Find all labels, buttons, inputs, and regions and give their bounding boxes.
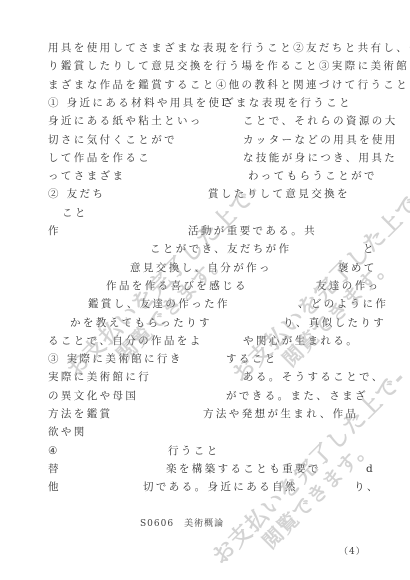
text-line: ってさまざまわってもらうことがで	[48, 169, 368, 183]
course-code-title: S0606 美術概論	[140, 516, 224, 529]
text-line: ① 身近にある材料や用具を使Гざまな表現を行うこと	[48, 96, 368, 110]
text-line: 替楽を構築することも重要でd	[48, 462, 368, 476]
text-fragment: 実際に美術館に行	[48, 370, 151, 384]
text-fragment: こと	[62, 206, 88, 220]
text-fragment: 用具を使用してさまざまな表現を行うこと②友だちと共有し、発表した	[48, 41, 410, 55]
text-fragment: 作	[48, 224, 61, 238]
text-line: ことができ、友だちが作と	[48, 242, 368, 256]
text-line: して作品を作るこな技能が身につき、用具た	[48, 151, 368, 165]
text-line: り鑑賞したりして意見交換を行う場を作ること③実際に美術館に行きさ	[48, 59, 368, 73]
text-fragment: ができる。また、さまざ	[226, 389, 368, 403]
text-line: 方法を鑑賞方法や発想が生まれ、作品	[48, 407, 368, 421]
text-line: 他切である。身近にある自然り、	[48, 480, 368, 494]
text-fragment: 褒めて	[338, 261, 377, 275]
text-line: ③ 実際に美術館に行きすること	[48, 352, 368, 366]
text-fragment: 切である。身近にある自然	[143, 480, 298, 494]
text-fragment: 身近にある紙や粘土といっ	[48, 114, 203, 128]
page-number: （4）	[339, 544, 366, 557]
text-fragment: 作品を作る喜びを感じる	[106, 279, 248, 293]
text-line: 作品を作る喜びを感じる友達の作っ	[48, 279, 368, 293]
text-fragment: り鑑賞したりして意見交換を行う場を作ること③実際に美術館に行きさ	[48, 59, 410, 73]
text-fragment: ことができ、友だちが作	[150, 242, 291, 256]
text-line: 用具を使用してさまざまな表現を行うこと②友だちと共有し、発表した	[48, 41, 368, 55]
text-line: 実際に美術館に行ある。そうすることで、	[48, 370, 368, 384]
document-page: 用具を使用してさまざまな表現を行うこと②友だちと共有し、発表したり鑑賞したりして…	[0, 0, 410, 580]
text-fragment: ③ 実際に美術館に行き	[48, 352, 183, 366]
text-line: 意見交換し、自分が作っ褒めて	[48, 261, 368, 275]
text-line: ④行うこと	[48, 444, 368, 458]
text-line: ② 友だち賞したりして意見交換を	[48, 187, 368, 201]
text-fragment: ある。そうすることで、	[243, 370, 385, 384]
text-line: 鑑賞し、友達の作った作、どのように作	[48, 297, 368, 311]
text-line: かを教えてもらったりすり、真似したりす	[48, 316, 368, 330]
text-fragment: すること	[226, 352, 278, 366]
text-fragment: 方法や発想が生まれ、作品	[203, 407, 358, 421]
text-fragment: り、真似したりす	[283, 316, 386, 330]
text-fragment: ることで、自分の作品をよ	[48, 334, 203, 348]
text-fragment: 鑑賞し、友達の作った作	[88, 297, 230, 311]
text-fragment: ④	[48, 444, 60, 458]
text-fragment: して作品を作るこ	[48, 151, 151, 165]
text-fragment: ① 身近にある材料や用具を使Г	[48, 96, 231, 110]
text-fragment: 友達の作っ	[316, 279, 381, 293]
text-fragment: 賞したりして意見交換を	[208, 187, 350, 201]
text-fragment: 方法を鑑賞	[48, 407, 113, 421]
text-line: こと	[48, 206, 368, 220]
text-fragment: 他	[48, 480, 61, 494]
text-fragment: まざまな作品を鑑賞すること④他の教科と関連づけて行うこと	[48, 78, 409, 92]
text-line: 身近にある紙や粘土といっことで、それらの資源の大	[48, 114, 368, 128]
text-fragment: な技能が身につき、用具た	[243, 151, 397, 165]
text-fragment: わってもらうことがで	[248, 169, 377, 183]
text-fragment: ② 友だち	[48, 187, 105, 201]
text-fragment: 楽を構築することも重要で	[166, 462, 321, 476]
text-fragment: 替	[48, 462, 61, 476]
text-fragment: 活動が重要である。共	[188, 224, 317, 238]
text-fragment: かを教えてもらったりす	[70, 316, 212, 330]
text-fragment: 欲や関	[48, 425, 87, 439]
text-fragment: 行うこと	[168, 444, 220, 458]
text-fragment: ざまな表現を行うこと	[223, 96, 352, 110]
text-fragment: の異文化や母国	[48, 389, 138, 403]
text-line: ることで、自分の作品をよや関心が生まれる。	[48, 334, 368, 348]
text-fragment: ことで、それらの資源の大	[243, 114, 398, 128]
text-fragment: り、	[354, 480, 380, 494]
text-fragment: 意見交換し、自分が作っ	[130, 261, 272, 275]
text-line: 作活動が重要である。共	[48, 224, 368, 238]
text-line: 欲や関	[48, 425, 368, 439]
text-line: 切さに気付くことがでカッターなどの用具を使用	[48, 133, 368, 147]
text-line: まざまな作品を鑑賞すること④他の教科と関連づけて行うこと	[48, 78, 368, 92]
text-fragment: や関心が生まれる。	[243, 334, 359, 348]
text-fragment: 、どのように作	[298, 297, 388, 311]
text-line: の異文化や母国ができる。また、さまざ	[48, 389, 368, 403]
text-fragment: d	[366, 462, 375, 476]
text-fragment: 切さに気付くことがで	[48, 133, 177, 147]
text-fragment: カッターなどの用具を使用	[243, 133, 398, 147]
text-fragment: ってさまざま	[48, 169, 125, 183]
text-fragment: と	[363, 242, 376, 256]
